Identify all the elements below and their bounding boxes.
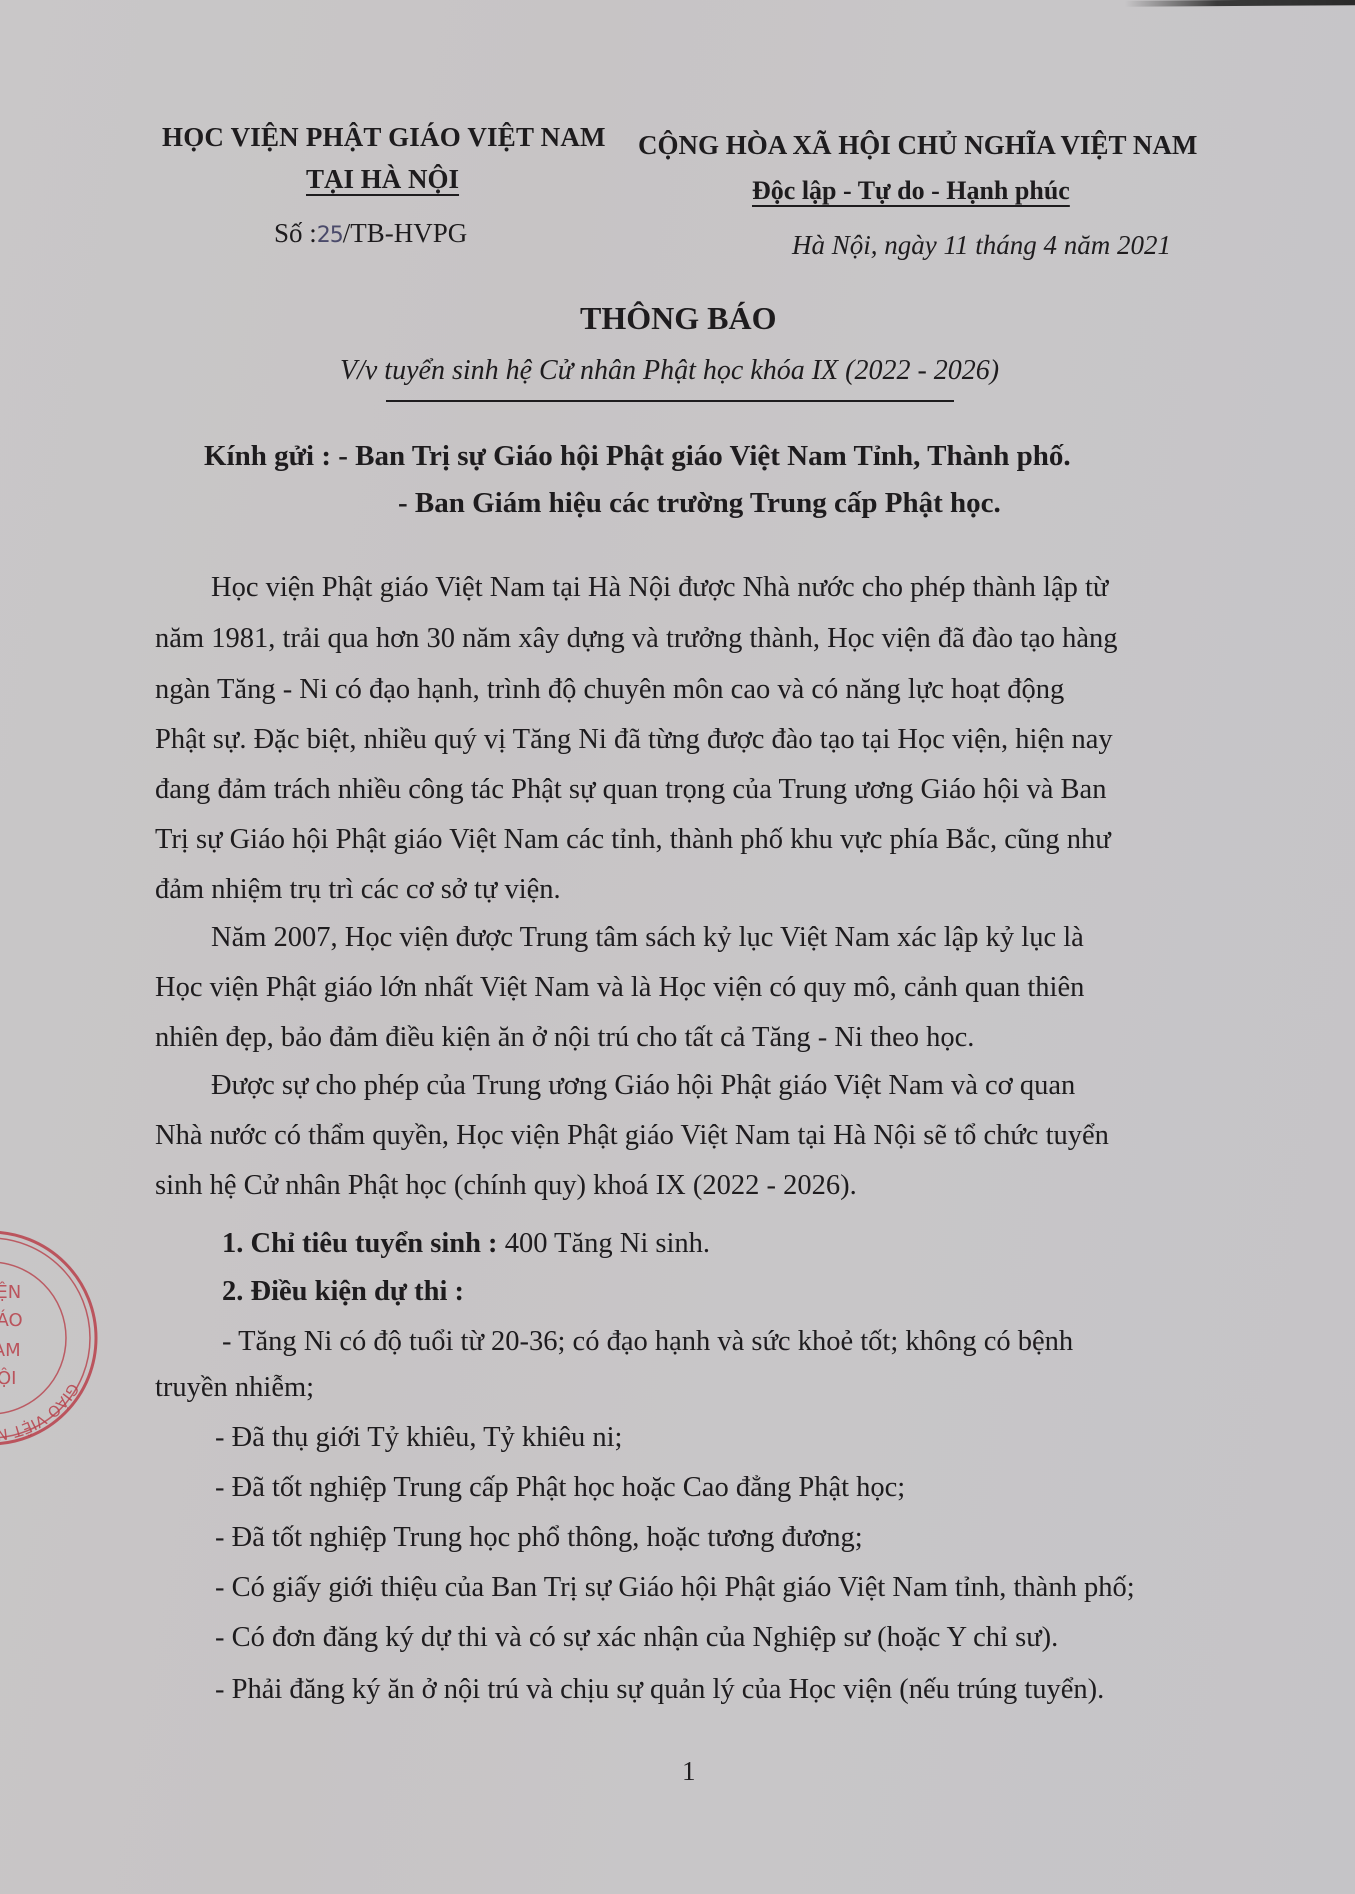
organization-name: HỌC VIỆN PHẬT GIÁO VIỆT NAM: [162, 122, 606, 153]
section-value: 400 Tăng Ni sinh.: [498, 1228, 710, 1259]
stamp-inner-line: GIÁO: [0, 1309, 23, 1331]
stamp-inner-line: NỘI: [0, 1367, 16, 1389]
paragraph-line: Trị sự Giáo hội Phật giáo Việt Nam các t…: [155, 824, 1111, 856]
eligibility-item-continuation: truyền nhiễm;: [155, 1372, 314, 1404]
paragraph-line: Được sự cho phép của Trung ương Giáo hội…: [211, 1070, 1075, 1102]
document-date: Hà Nội, ngày 11 tháng 4 năm 2021: [792, 230, 1171, 261]
section-enrollment-quota: 1. Chỉ tiêu tuyển sinh : 400 Tăng Ni sin…: [222, 1228, 710, 1260]
paragraph-line: Năm 2007, Học viện được Trung tâm sách k…: [211, 922, 1084, 954]
section-label: 1. Chỉ tiêu tuyển sinh :: [222, 1228, 498, 1259]
page-edge-shadow: [1125, 0, 1355, 7]
document-title: THÔNG BÁO: [580, 300, 776, 337]
eligibility-item: - Có đơn đăng ký dự thi và có sự xác nhậ…: [215, 1622, 1058, 1654]
document-page: HỌC VIỆN PHẬT GIÁO VIỆT NAM TẠI HÀ NỘI S…: [0, 0, 1355, 1894]
eligibility-item: - Đã thụ giới Tỷ khiêu, Tỷ khiêu ni;: [215, 1422, 622, 1454]
national-title: CỘNG HÒA XÃ HỘI CHỦ NGHĨA VIỆT NAM: [638, 130, 1197, 161]
national-motto: Độc lập - Tự do - Hạnh phúc: [752, 176, 1070, 206]
document-number: Số :25/TB-HVPG: [274, 218, 467, 249]
section-eligibility-heading: 2. Điều kiện dự thi :: [222, 1276, 464, 1308]
document-number-prefix: Số :: [274, 218, 317, 248]
paragraph-line: Nhà nước có thẩm quyền, Học viện Phật gi…: [155, 1120, 1109, 1152]
eligibility-item: - Đã tốt nghiệp Trung cấp Phật học hoặc …: [215, 1472, 905, 1504]
paragraph-line: Học viện Phật giáo Việt Nam tại Hà Nội đ…: [211, 572, 1108, 604]
organization-city: TẠI HÀ NỘI: [306, 164, 459, 195]
paragraph-line: Phật sự. Đặc biệt, nhiều quý vị Tăng Ni …: [155, 724, 1113, 756]
paragraph-line: ngàn Tăng - Ni có đạo hạnh, trình độ chu…: [155, 674, 1064, 706]
paragraph-line: sinh hệ Cử nhân Phật học (chính quy) kho…: [155, 1170, 857, 1202]
subtitle-underline: [386, 400, 954, 402]
eligibility-item: - Có giấy giới thiệu của Ban Trị sự Giáo…: [215, 1572, 1135, 1604]
eligibility-item: - Phải đăng ký ăn ở nội trú và chịu sự q…: [215, 1674, 1104, 1706]
page-number: 1: [682, 1756, 696, 1787]
document-number-suffix: /TB-HVPG: [343, 218, 468, 248]
stamp-inner-line: NAM: [0, 1340, 21, 1361]
paragraph-line: đang đảm trách nhiều công tác Phật sự qu…: [155, 774, 1106, 806]
document-subtitle: V/v tuyển sinh hệ Cử nhân Phật học khóa …: [340, 355, 999, 387]
paragraph-line: nhiên đẹp, bảo đảm điều kiện ăn ở nội tr…: [155, 1022, 974, 1054]
paragraph-line: Học viện Phật giáo lớn nhất Việt Nam và …: [155, 972, 1084, 1004]
eligibility-item: - Đã tốt nghiệp Trung học phổ thông, hoặ…: [215, 1522, 863, 1554]
official-seal-stamp: GIÁO VIỆT NAM ★ TRUNG ƯƠNG VIỆN GIÁO NAM…: [0, 1228, 100, 1448]
recipient-line-1: Kính gửi : - Ban Trị sự Giáo hội Phật gi…: [204, 440, 1071, 473]
paragraph-line: đảm nhiệm trụ trì các cơ sở tự viện.: [155, 874, 561, 906]
document-number-handwritten: 25: [317, 223, 343, 248]
stamp-inner-line: VIỆN: [0, 1281, 21, 1303]
recipient-line-2: - Ban Giám hiệu các trường Trung cấp Phậ…: [398, 487, 1001, 520]
eligibility-item: - Tăng Ni có độ tuổi từ 20-36; có đạo hạ…: [222, 1326, 1073, 1358]
paragraph-line: năm 1981, trải qua hơn 30 năm xây dựng v…: [155, 623, 1118, 655]
